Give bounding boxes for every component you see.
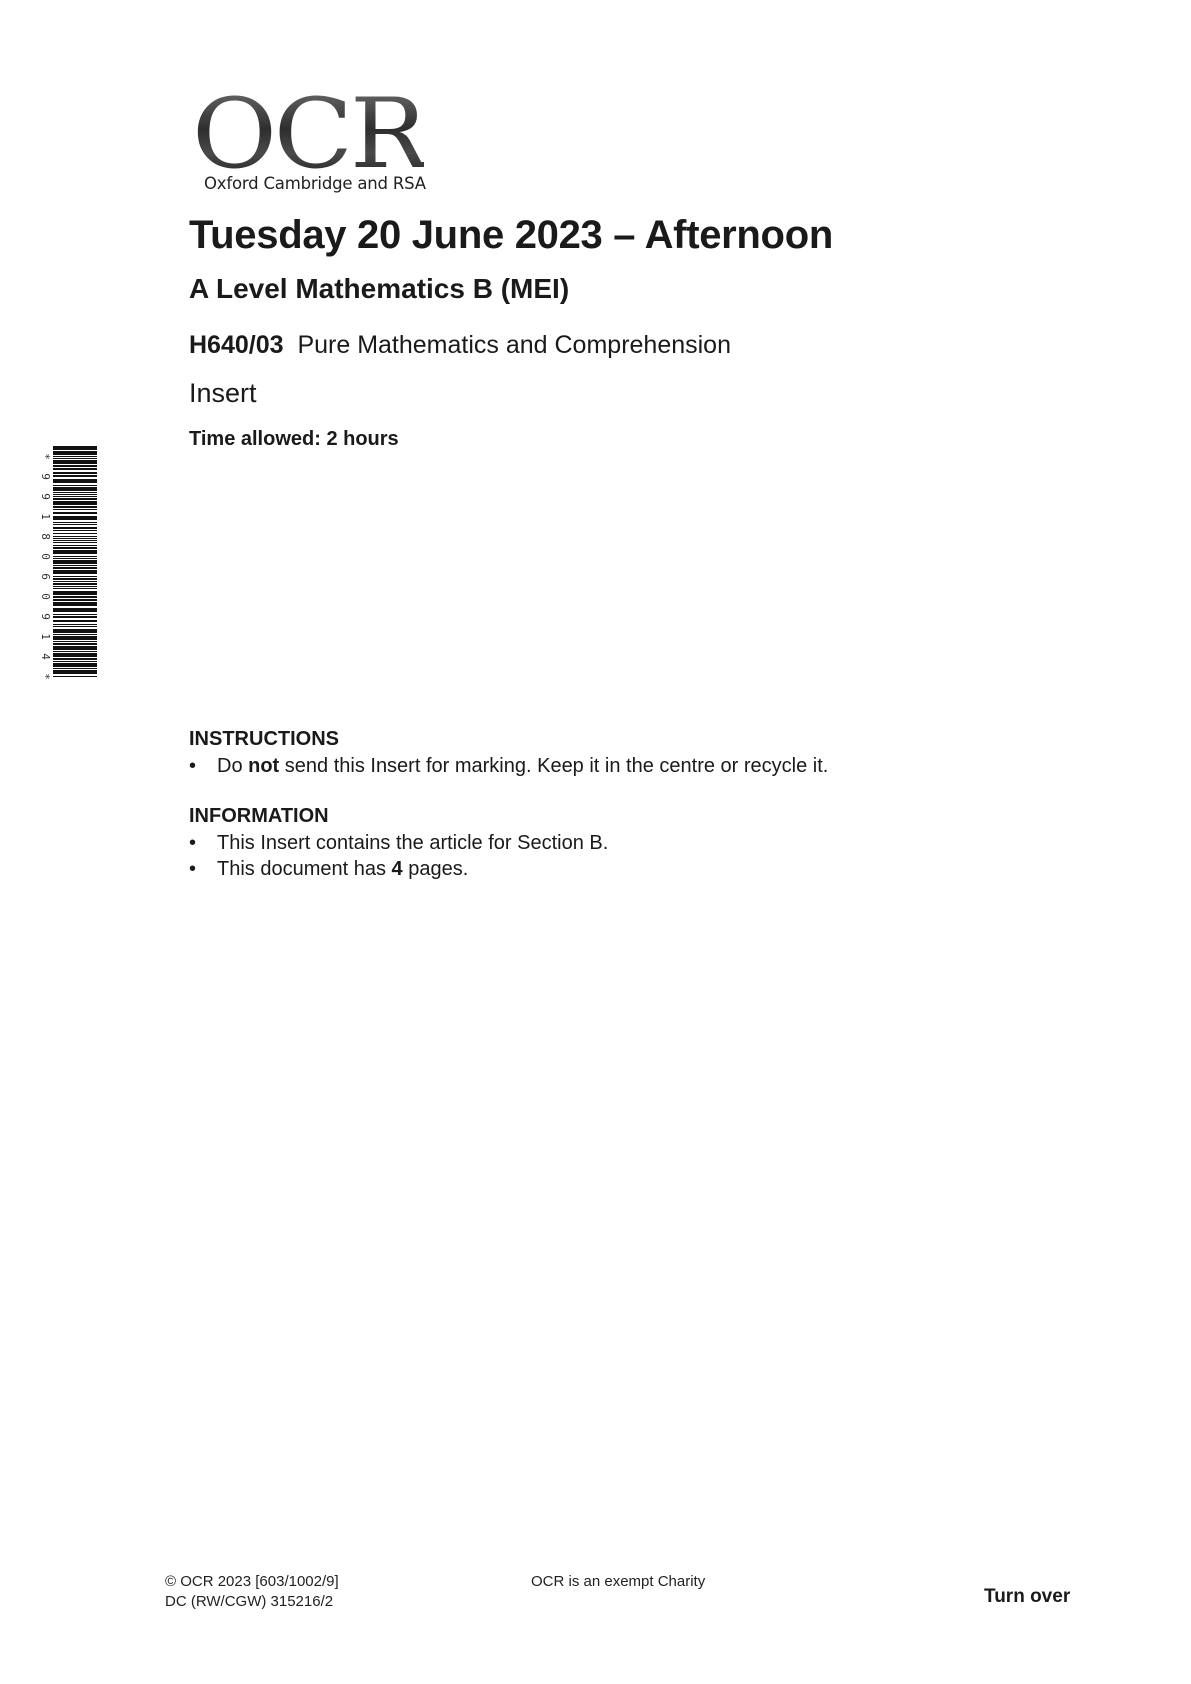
qualification-title: A Level Mathematics B (MEI) [189, 273, 569, 305]
barcode-digit: 1 [39, 633, 52, 640]
barcode: *9918060914* [44, 446, 104, 678]
copyright-notice: © OCR 2023 [603/1002/9] [165, 1573, 339, 1590]
barcode-bars [53, 446, 97, 678]
information-heading: INFORMATION [189, 805, 329, 828]
barcode-digit: 4 [39, 653, 52, 660]
charity-notice: OCR is an exempt Charity [531, 1573, 705, 1590]
barcode-digit: 0 [39, 553, 52, 560]
barcode-digit: 0 [39, 593, 52, 600]
bullet-icon: • [189, 832, 217, 855]
barcode-digit: 8 [39, 533, 52, 540]
exam-date-title: Tuesday 20 June 2023 – Afternoon [189, 213, 833, 258]
paper-code-line: H640/03 Pure Mathematics and Comprehensi… [189, 331, 731, 360]
information-item: •This document has 4 pages. [189, 858, 468, 881]
bullet-icon: • [189, 858, 217, 881]
barcode-digit: * [39, 453, 52, 460]
barcode-digit: 9 [39, 493, 52, 500]
information-item: •This Insert contains the article for Se… [189, 832, 608, 855]
barcode-digit: 9 [39, 473, 52, 480]
barcode-digit: 6 [39, 573, 52, 580]
instructions-heading: INSTRUCTIONS [189, 728, 339, 751]
barcode-digit: 9 [39, 613, 52, 620]
instruction-item: •Do not send this Insert for marking. Ke… [189, 755, 828, 778]
document-reference: DC (RW/CGW) 315216/2 [165, 1593, 333, 1610]
ocr-logo-tagline: Oxford Cambridge and RSA [204, 174, 426, 193]
barcode-digit: * [39, 673, 52, 680]
bullet-icon: • [189, 755, 217, 778]
paper-name: Pure Mathematics and Comprehension [297, 331, 731, 359]
time-allowed: Time allowed: 2 hours [189, 428, 399, 451]
document-type: Insert [189, 378, 257, 409]
paper-code: H640/03 [189, 331, 284, 359]
turn-over-label: Turn over [984, 1586, 1070, 1608]
ocr-logo: OCR Oxford Cambridge and RSA [192, 86, 452, 206]
ocr-logo-letters: OCR [192, 86, 425, 182]
barcode-digit: 1 [39, 513, 52, 520]
